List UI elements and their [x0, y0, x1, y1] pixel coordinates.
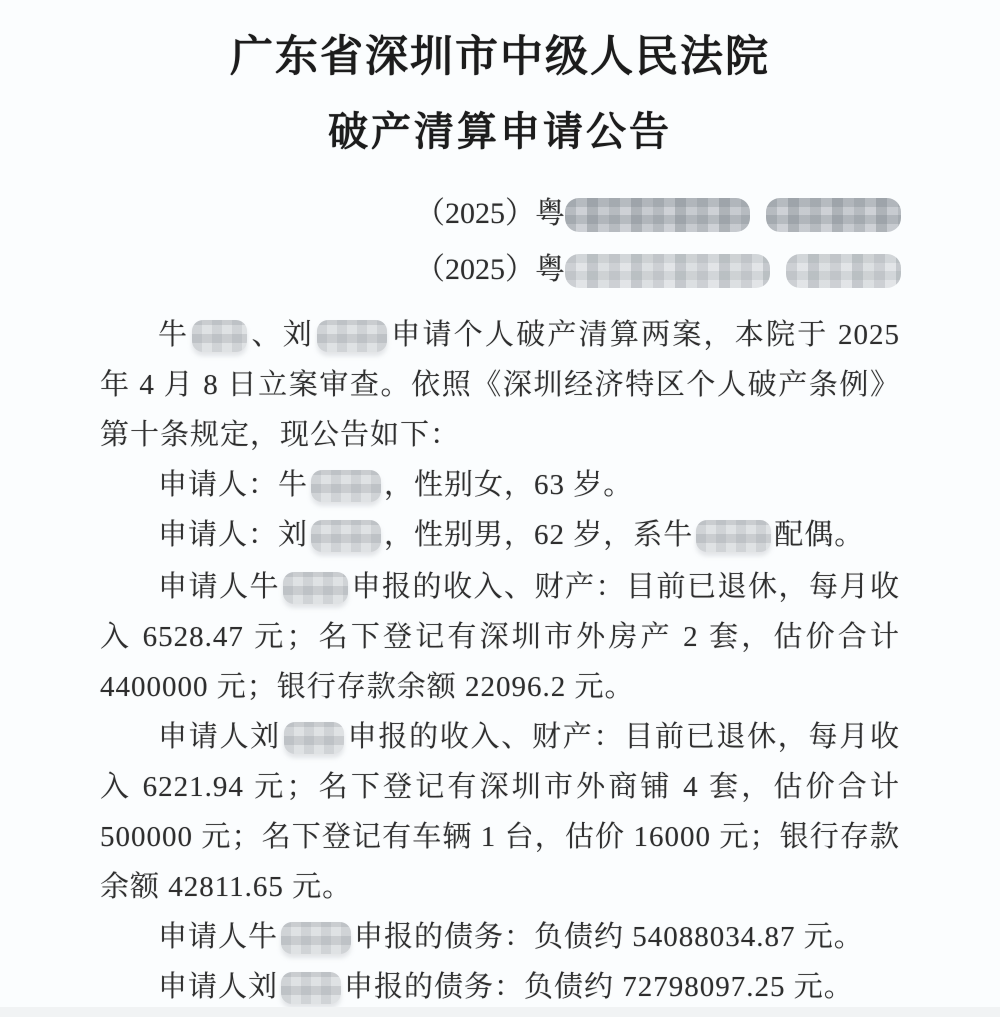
text-segment: 申请人：牛	[158, 469, 308, 501]
text-segment: ，性别男，62 岁，系牛	[384, 519, 693, 551]
redaction-mosaic	[786, 254, 901, 288]
court-announcement-document: 广东省深圳市中级人民法院 破产清算申请公告 （2025）粤 （2025）粤 牛、…	[0, 0, 1000, 1017]
redaction-block	[281, 922, 351, 954]
redaction-block	[311, 520, 381, 552]
paragraph-assets-1: 申请人牛申报的收入、财产：目前已退休，每月收入 6528.47 元；名下登记有深…	[100, 562, 900, 712]
redaction-block	[192, 320, 247, 352]
redaction-mosaic	[766, 198, 901, 232]
paragraph-applicant-1: 申请人：牛，性别女，63 岁。	[100, 460, 900, 510]
text-segment: 申请人牛	[158, 571, 280, 603]
text-segment: 申请人：刘	[158, 519, 308, 551]
scan-bottom-edge	[0, 1007, 1000, 1017]
court-name-title: 广东省深圳市中级人民法院	[100, 26, 900, 90]
case-number-line-1: （2025）粤	[415, 186, 900, 242]
text-segment: 、刘	[250, 319, 314, 351]
text-segment: 牛	[158, 319, 189, 351]
announcement-body: 牛、刘申请个人破产清算两案，本院于 2025 年 4 月 8 日立案审查。依照《…	[100, 310, 900, 1012]
text-segment: 配偶。	[774, 519, 864, 551]
announcement-title: 破产清算申请公告	[100, 104, 900, 160]
redaction-block	[281, 972, 341, 1004]
redaction-block	[696, 520, 771, 552]
text-segment: 申报的债务：负债约 54088034.87 元。	[354, 921, 864, 953]
case-number-prefix-2: （2025）粤	[415, 253, 565, 286]
text-segment: ，性别女，63 岁。	[384, 469, 633, 501]
paragraph-debts-1: 申请人牛申报的债务：负债约 54088034.87 元。	[100, 912, 900, 962]
redaction-mosaic	[565, 198, 750, 232]
text-segment: 申报的债务：负债约 72798097.25 元。	[344, 971, 854, 1003]
text-segment: 申请人刘	[158, 721, 281, 753]
paragraph-applicant-2: 申请人：刘，性别男，62 岁，系牛配偶。	[100, 510, 900, 560]
paragraph-debts-2: 申请人刘申报的债务：负债约 72798097.25 元。	[100, 962, 900, 1012]
text-segment: 申请人刘	[158, 971, 278, 1003]
case-number-prefix-1: （2025）粤	[415, 197, 565, 230]
redaction-block	[284, 722, 344, 754]
redaction-block	[317, 320, 387, 352]
paragraph-assets-2: 申请人刘申报的收入、财产：目前已退休，每月收入 6221.94 元；名下登记有深…	[100, 712, 900, 912]
text-segment: 申请人牛	[158, 921, 278, 953]
case-number-line-2: （2025）粤	[415, 242, 900, 298]
redaction-mosaic	[565, 254, 770, 288]
redaction-block	[311, 470, 381, 502]
paragraph-filing: 牛、刘申请个人破产清算两案，本院于 2025 年 4 月 8 日立案审查。依照《…	[100, 310, 900, 460]
redaction-block	[283, 572, 348, 604]
